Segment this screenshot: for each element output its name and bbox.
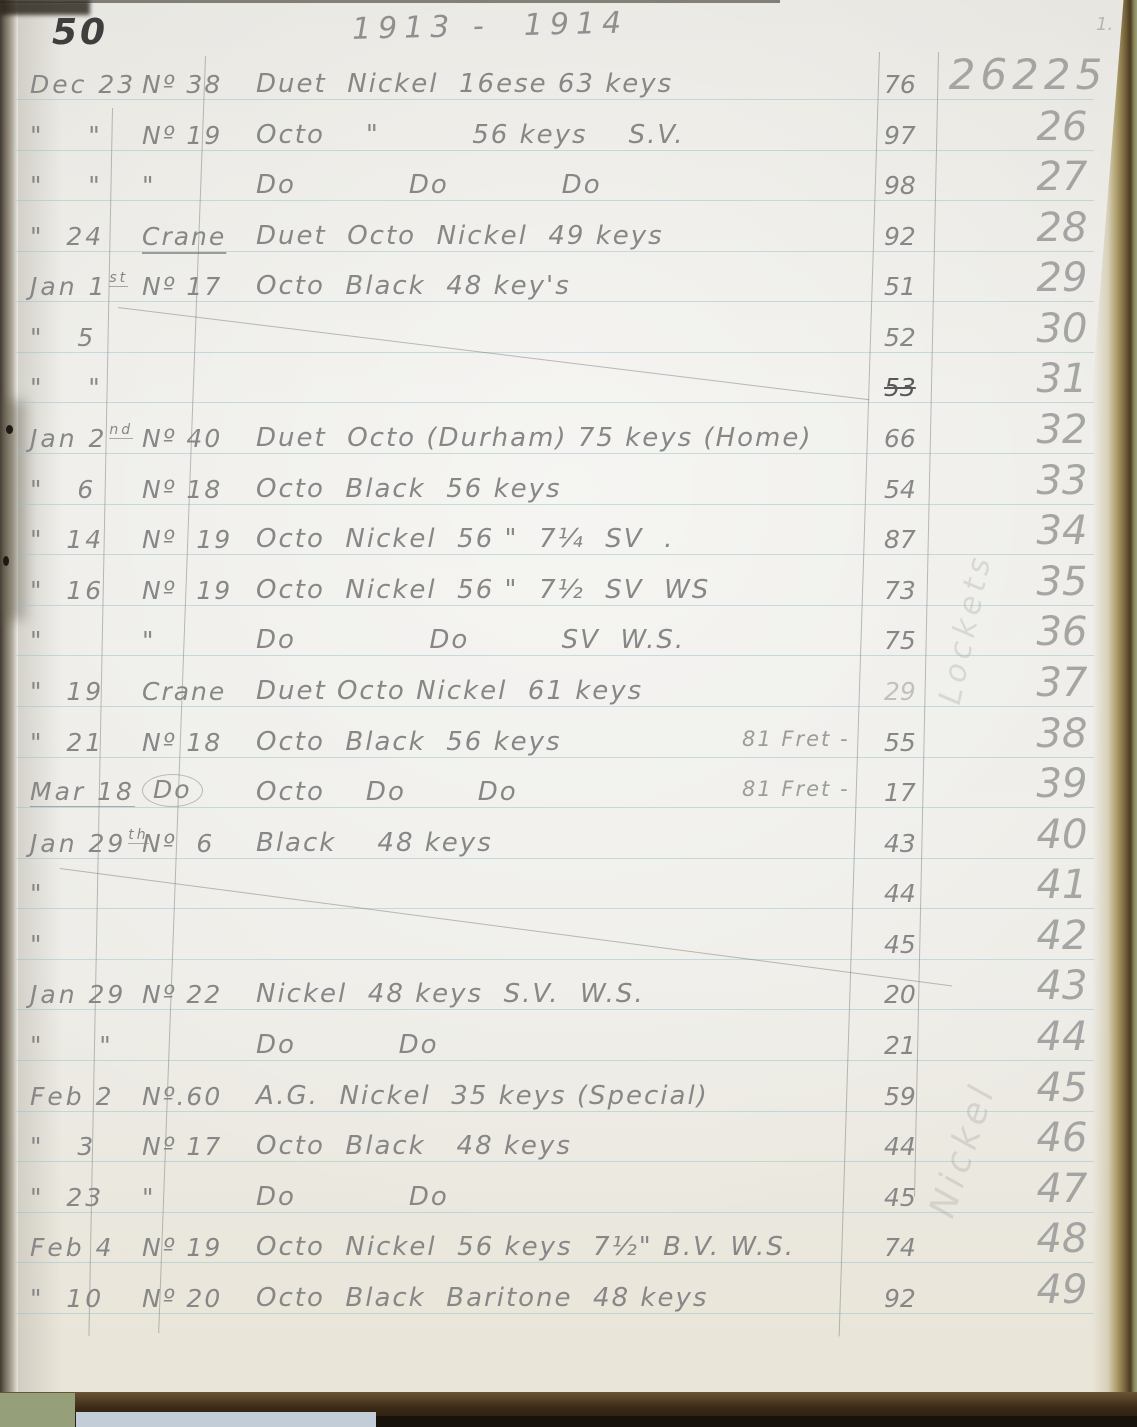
serial-number: 44 bbox=[1000, 1014, 1124, 1060]
item-description: Octo Black 56 keys bbox=[256, 474, 562, 504]
entry-date: " " bbox=[30, 1031, 114, 1060]
fret-note: 81 Fret - bbox=[742, 727, 850, 751]
price-value: 44 bbox=[884, 879, 916, 908]
model-number: Nº 40 bbox=[142, 424, 222, 453]
entry-date: " 10 bbox=[30, 1284, 104, 1313]
item-description: Do Do bbox=[256, 1030, 439, 1060]
corner-mark: 1. bbox=[1096, 14, 1113, 35]
entry-date: Jan 2nd bbox=[30, 424, 133, 453]
ledger-row: " "5331 bbox=[0, 354, 1137, 404]
ledger-row: " 14Nº 19Octo Nickel 56 " 7¼ SV .8734 bbox=[0, 506, 1137, 556]
ledger-row: "4542 bbox=[0, 911, 1137, 961]
serial-number: 28 bbox=[1000, 205, 1124, 251]
serial-number: 30 bbox=[1000, 306, 1124, 352]
price-value: 43 bbox=[884, 829, 916, 858]
ledger-row: Feb 4Nº 19Octo Nickel 56 keys 7½" B.V. W… bbox=[0, 1214, 1137, 1264]
price-value: 92 bbox=[884, 1284, 916, 1313]
item-description: Do Do SV W.S. bbox=[256, 625, 685, 655]
ledger-row: " 6Nº 18Octo Black 56 keys5433 bbox=[0, 456, 1137, 506]
entry-date: " bbox=[30, 930, 45, 959]
entry-date: " 14 bbox=[30, 525, 104, 554]
serial-number: 46 bbox=[1000, 1115, 1124, 1161]
price-value: 55 bbox=[884, 728, 916, 757]
entry-date: " 5 bbox=[30, 323, 96, 352]
ledger-row: ""Do Do SV W.S.7536 bbox=[0, 607, 1137, 657]
item-description: Duet Nickel 16ese 63 keys bbox=[256, 69, 673, 99]
ledger-row: " "Do Do2144 bbox=[0, 1012, 1137, 1062]
backdrop-corner bbox=[0, 1393, 75, 1427]
ledger-row: Jan 2ndNº 40Duet Octo (Durham) 75 keys (… bbox=[0, 405, 1137, 455]
entry-date: " 21 bbox=[30, 728, 104, 757]
item-description: Octo Nickel 56 " 7¼ SV . bbox=[256, 524, 674, 554]
ledger-row: Feb 2Nº.60A.G. Nickel 35 keys (Special)5… bbox=[0, 1063, 1137, 1113]
ledger-row: Mar 18DoOcto Do Do81 Fret -1739 bbox=[0, 759, 1137, 809]
serial-number: 35 bbox=[1000, 559, 1124, 605]
serial-number: 48 bbox=[1000, 1216, 1124, 1262]
entry-date: Mar 18 bbox=[30, 777, 135, 807]
entry-date: " " bbox=[30, 171, 103, 200]
serial-number: 32 bbox=[1000, 407, 1124, 453]
entry-date: " " bbox=[30, 121, 103, 150]
price-value: 20 bbox=[884, 980, 916, 1009]
ledger-row: " 3Nº 17Octo Black 48 keys4446 bbox=[0, 1113, 1137, 1163]
price-value: 92 bbox=[884, 222, 916, 251]
date-ordinal-suffix: st bbox=[109, 270, 128, 287]
price-value: 73 bbox=[884, 576, 916, 605]
item-description: Octo " 56 keys S.V. bbox=[256, 120, 685, 150]
price-value: 44 bbox=[884, 1132, 916, 1161]
serial-number: 31 bbox=[1000, 356, 1124, 402]
model-number: Do bbox=[142, 774, 203, 807]
item-description: Do Do Do bbox=[256, 170, 602, 200]
item-description: Octo Do Do bbox=[256, 777, 518, 807]
entry-date: " 23 bbox=[30, 1183, 104, 1212]
ledger-photo: 50 1913 - 1914 1. Lockets Nickel Dec 23N… bbox=[0, 0, 1137, 1427]
model-number: Nº 38 bbox=[142, 70, 222, 99]
model-number: Nº 19 bbox=[142, 576, 232, 605]
entry-date: " 3 bbox=[30, 1132, 96, 1161]
entry-date: " " bbox=[30, 373, 103, 402]
price-value: 53 bbox=[884, 373, 916, 402]
ledger-row: " 23"Do Do4547 bbox=[0, 1164, 1137, 1214]
entry-date: Dec 23 bbox=[30, 70, 136, 99]
model-number: Nº 19 bbox=[142, 121, 222, 150]
serial-number: 43 bbox=[1000, 963, 1124, 1009]
item-description: Octo Black 48 keys bbox=[256, 1131, 572, 1161]
fret-note: 81 Fret - bbox=[742, 777, 850, 801]
model-number: Nº.60 bbox=[142, 1082, 222, 1111]
entry-date: " 19 bbox=[30, 677, 104, 706]
ledger-row: Dec 23Nº 38Duet Nickel 16ese 63 keys7626… bbox=[0, 51, 1137, 101]
ledger-row: " 10Nº 20Octo Black Baritone 48 keys9249 bbox=[0, 1265, 1137, 1315]
model-number: Nº 18 bbox=[142, 728, 222, 757]
ledger-row: "4441 bbox=[0, 860, 1137, 910]
entry-date: Feb 4 bbox=[30, 1233, 114, 1262]
item-description: Duet Octo (Durham) 75 keys (Home) bbox=[256, 423, 813, 453]
entry-date: Jan 1st bbox=[30, 272, 128, 301]
serial-number: 34 bbox=[1000, 508, 1124, 554]
serial-number: 36 bbox=[1000, 609, 1124, 655]
serial-number: 26 bbox=[1000, 104, 1124, 150]
serial-number: 49 bbox=[1000, 1267, 1124, 1313]
price-value: 45 bbox=[884, 1183, 916, 1212]
item-description: Duet Octo Nickel 61 keys bbox=[256, 676, 643, 706]
page-number: 50 bbox=[52, 12, 108, 53]
ledger-row: " 19CraneDuet Octo Nickel 61 keys2937 bbox=[0, 658, 1137, 708]
model-number: Nº 22 bbox=[142, 980, 222, 1009]
price-value: 75 bbox=[884, 626, 916, 655]
price-value: 54 bbox=[884, 475, 916, 504]
item-description: Octo Nickel 56 keys 7½" B.V. W.S. bbox=[256, 1232, 795, 1262]
model-number: Nº 19 bbox=[142, 1233, 222, 1262]
model-number: " bbox=[142, 626, 156, 655]
price-value: 45 bbox=[884, 930, 916, 959]
model-number: Nº 17 bbox=[142, 1132, 222, 1161]
model-number: " bbox=[142, 171, 156, 200]
item-description: Duet Octo Nickel 49 keys bbox=[256, 221, 664, 251]
price-value: 29 bbox=[884, 677, 916, 706]
price-value: 17 bbox=[884, 778, 916, 807]
model-number: Nº 19 bbox=[142, 525, 232, 554]
item-description: Octo Black 56 keys bbox=[256, 727, 562, 757]
model-number: Crane bbox=[142, 222, 226, 251]
ledger-row: Jan 29thNº 6Black 48 keys4340 bbox=[0, 810, 1137, 860]
ledger-row: " 24CraneDuet Octo Nickel 49 keys9228 bbox=[0, 203, 1137, 253]
ledger-row: " 16Nº 19Octo Nickel 56 " 7½ SV WS7335 bbox=[0, 557, 1137, 607]
price-value: 52 bbox=[884, 323, 916, 352]
serial-number: 33 bbox=[1000, 458, 1124, 504]
date-ordinal-suffix: nd bbox=[109, 422, 133, 439]
entry-date: " bbox=[30, 879, 45, 908]
item-description: Black 48 keys bbox=[256, 828, 493, 858]
item-description: A.G. Nickel 35 keys (Special) bbox=[256, 1081, 709, 1111]
entry-date: " 6 bbox=[30, 475, 96, 504]
ledger-row: " ""Do Do Do9827 bbox=[0, 152, 1137, 202]
page-top-edge bbox=[0, 0, 780, 3]
price-value: 59 bbox=[884, 1082, 916, 1111]
ledger-row: Jan 29Nº 22Nickel 48 keys S.V. W.S.2043 bbox=[0, 961, 1137, 1011]
serial-number: 42 bbox=[1000, 913, 1124, 959]
ledger-row: " 55230 bbox=[0, 304, 1137, 354]
serial-number: 40 bbox=[1000, 812, 1124, 858]
backdrop-strip bbox=[76, 1412, 376, 1427]
price-value: 98 bbox=[884, 171, 916, 200]
serial-number: 27 bbox=[1000, 154, 1124, 200]
price-value: 87 bbox=[884, 525, 916, 554]
model-number: Nº 20 bbox=[142, 1284, 222, 1313]
item-description: Do Do bbox=[256, 1182, 449, 1212]
serial-number: 37 bbox=[1000, 660, 1124, 706]
entry-date: Jan 29th bbox=[30, 829, 149, 858]
entry-date: Feb 2 bbox=[30, 1082, 114, 1111]
ledger-row: Jan 1stNº 17Octo Black 48 key's5129 bbox=[0, 253, 1137, 303]
item-description: Octo Black 48 key's bbox=[256, 271, 571, 301]
model-number: Crane bbox=[142, 677, 226, 706]
serial-number: 38 bbox=[1000, 711, 1124, 757]
serial-number: 39 bbox=[1000, 761, 1124, 807]
model-number: Nº 17 bbox=[142, 272, 222, 301]
serial-number: 47 bbox=[1000, 1166, 1124, 1212]
serial-number: 29 bbox=[1000, 255, 1124, 301]
model-number: Nº 18 bbox=[142, 475, 222, 504]
price-value: 76 bbox=[884, 70, 916, 99]
entry-date: " 24 bbox=[30, 222, 104, 251]
model-number: " bbox=[142, 1183, 156, 1212]
price-value: 51 bbox=[884, 272, 916, 301]
serial-number: 45 bbox=[1000, 1065, 1124, 1111]
ledger-row: " "Nº 19Octo " 56 keys S.V.9726 bbox=[0, 102, 1137, 152]
serial-number: 41 bbox=[1000, 862, 1124, 908]
ledger-row: " 21Nº 18Octo Black 56 keys81 Fret -5538 bbox=[0, 709, 1137, 759]
item-description: Nickel 48 keys S.V. W.S. bbox=[256, 979, 645, 1009]
price-value: 21 bbox=[884, 1031, 916, 1060]
price-value: 74 bbox=[884, 1233, 916, 1262]
price-value: 97 bbox=[884, 121, 916, 150]
model-number: Nº 6 bbox=[142, 829, 214, 858]
price-value: 66 bbox=[884, 424, 916, 453]
serial-number: 26225 bbox=[928, 50, 1128, 99]
entry-date: " 16 bbox=[30, 576, 104, 605]
entry-date: " bbox=[30, 626, 45, 655]
item-description: Octo Black Baritone 48 keys bbox=[256, 1283, 708, 1313]
item-description: Octo Nickel 56 " 7½ SV WS bbox=[256, 575, 710, 605]
entry-date: Jan 29 bbox=[30, 980, 126, 1009]
